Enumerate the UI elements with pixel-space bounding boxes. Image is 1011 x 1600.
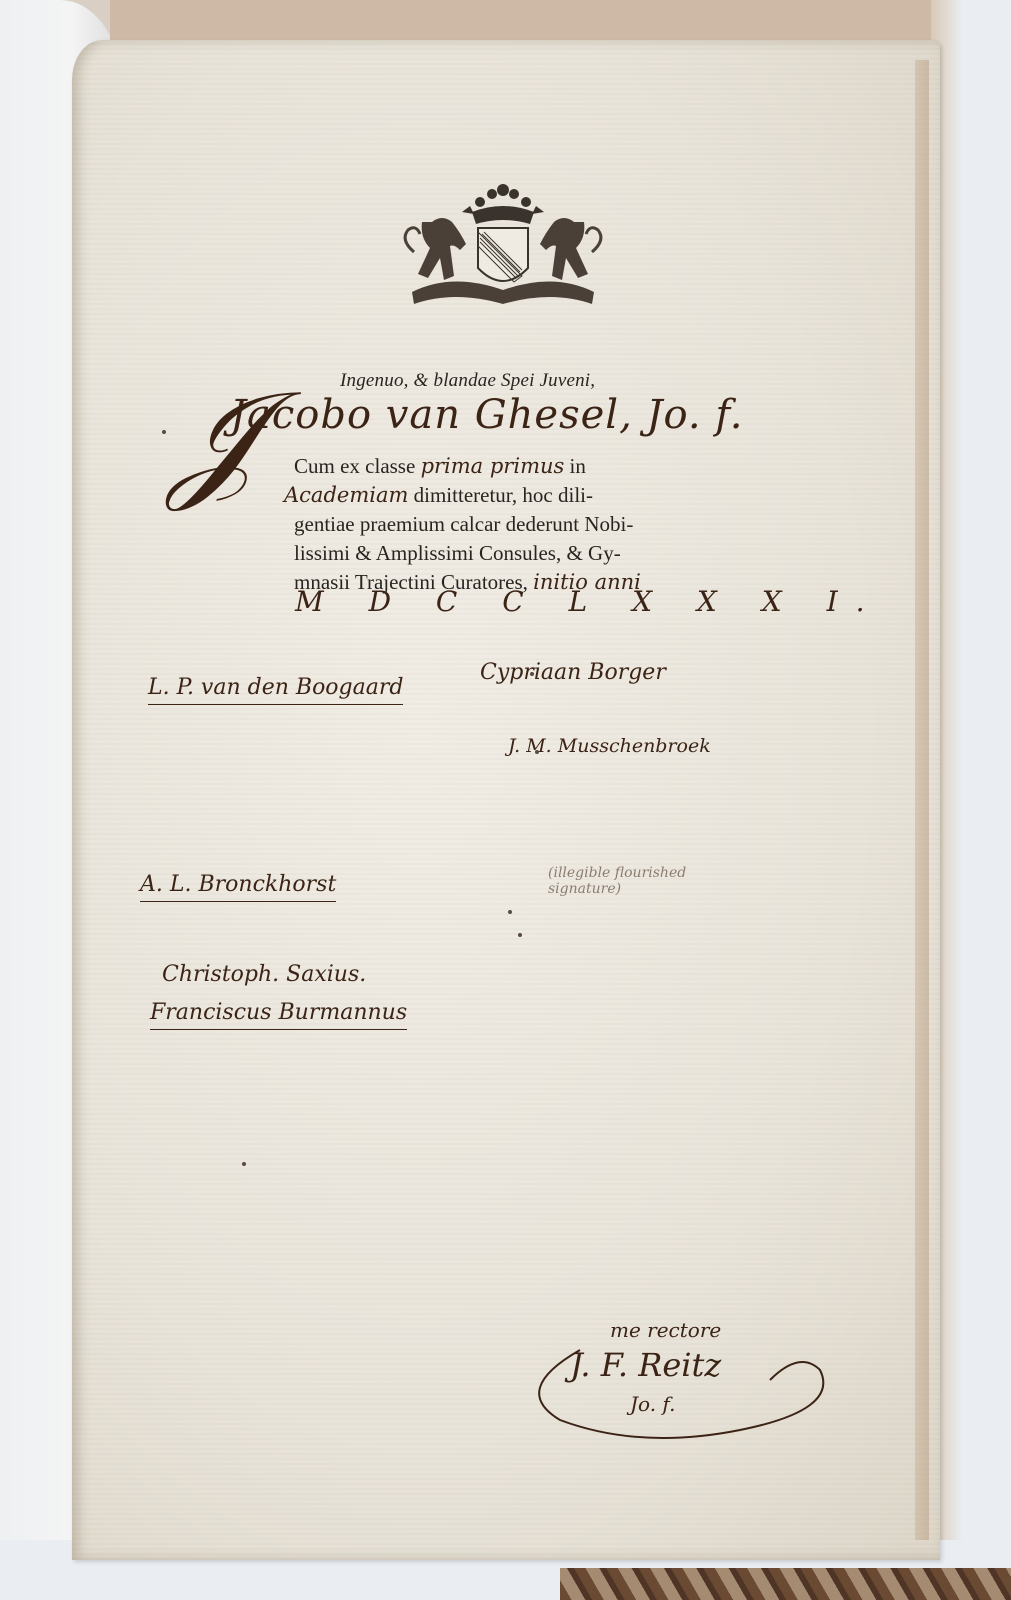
recipient-name-text: Jacobo van Ghesel, Jo. f. [230,392,743,438]
pin-mark [518,933,522,937]
body-line-2: Academiam dimitteretur, hoc dili- [284,481,754,510]
signature-burmannus: Franciscus Burmannus [150,1000,407,1030]
book-cover-top [110,0,1011,45]
body-line-3: gentiae praemium calcar dederunt Nobi- [294,510,754,539]
signature-musschenbroek: J. M. Musschenbroek [508,735,711,757]
coat-of-arms-crest-icon [392,172,614,312]
dedication-body: Cum ex classe prima primus in Academiam … [294,452,754,597]
year-roman-numerals: M D C C L X X X I. [295,585,883,618]
body-line-4: lissimi & Amplissimi Consules, & Gy- [294,539,754,568]
pin-mark [508,910,512,914]
printed-text: in [570,454,586,478]
background-right [931,0,1011,1600]
body-line-1: Cum ex classe prima primus in [294,452,754,481]
recipient-name: 𝒥 Jacobo van Ghesel, Jo. f. [230,392,743,438]
printed-text: dimitteretur, hoc dili- [414,483,593,507]
pin-mark [162,430,166,434]
handwritten-text: Academiam [284,483,408,507]
signature-vandenboogaard: L. P. van den Boogaard [148,675,403,705]
signature-bronckhorst: A. L. Bronckhorst [140,872,336,902]
leaf-edge [915,60,929,1540]
handwritten-text: prima primus [421,454,565,478]
pin-mark [530,672,534,676]
pin-mark [535,750,539,754]
signature-illegible: (illegible flourished signature) [548,865,718,897]
dedication-line: Ingenuo, & blandae Spei Juveni, [340,370,595,392]
signature-borger: Cypriaan Borger [480,660,666,685]
signature-saxius: Christoph. Saxius. [162,962,366,987]
decorative-initial: 𝒥 [170,362,261,516]
rector-flourish [520,1330,860,1450]
printed-text: Cum ex classe [294,454,415,478]
fabric-tablecloth [560,1568,1011,1600]
pin-mark [242,1162,246,1166]
